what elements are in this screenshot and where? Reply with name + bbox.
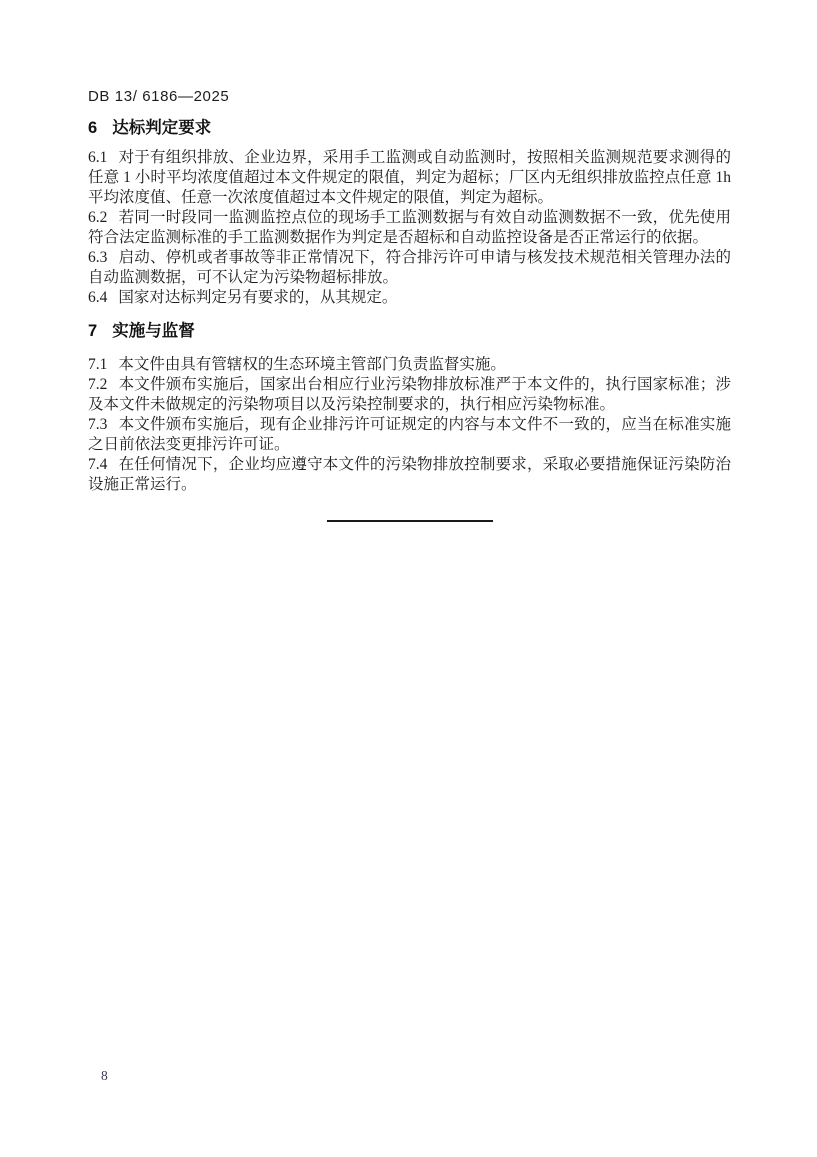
clause-7-1: 7.1本文件由具有管辖权的生态环境主管部门负责监督实施。: [88, 355, 731, 375]
document-code: DB 13/ 6186—2025: [88, 88, 731, 106]
clause-7-2: 7.2本文件颁布实施后，国家出台相应行业污染物排放标准严于本文件的，执行国家标准…: [88, 375, 731, 415]
clause-6-3-number: 6.3: [88, 249, 118, 266]
clause-6-4-number: 6.4: [88, 289, 118, 306]
clause-6-2: 6.2若同一时段同一监测监控点位的现场手工监测数据与有效自动监测数据不一致，优先…: [88, 208, 731, 248]
clause-6-3: 6.3启动、停机或者事故等非正常情况下，符合排污许可申请与核发技术规范相关管理办…: [88, 248, 731, 288]
clause-6-1-number: 6.1: [88, 149, 118, 166]
clause-7-4: 7.4在任何情况下，企业均应遵守本文件的污染物排放控制要求，采取必要措施保证污染…: [88, 455, 731, 495]
clause-7-3: 7.3本文件颁布实施后，现有企业排污许可证规定的内容与本文件不一致的，应当在标准…: [88, 415, 731, 455]
section-6-clauses: 6.1对于有组织排放、企业边界，采用手工监测或自动监测时，按照相关监测规范要求测…: [88, 148, 731, 308]
section-6-title: 达标判定要求: [112, 119, 211, 137]
clause-7-1-number: 7.1: [88, 356, 118, 373]
clause-6-1-text: 对于有组织排放、企业边界，采用手工监测或自动监测时，按照相关监测规范要求测得的任…: [88, 149, 731, 206]
section-7-heading: 7实施与监督: [88, 321, 731, 341]
clause-6-4: 6.4国家对达标判定另有要求的，从其规定。: [88, 288, 731, 308]
clause-7-2-text: 本文件颁布实施后，国家出台相应行业污染物排放标准严于本文件的，执行国家标准；涉及…: [88, 376, 731, 413]
clause-7-4-text: 在任何情况下，企业均应遵守本文件的污染物排放控制要求，采取必要措施保证污染防治设…: [88, 456, 731, 493]
page-number: 8: [101, 1068, 108, 1084]
section-7-title: 实施与监督: [112, 322, 195, 340]
clause-7-3-text: 本文件颁布实施后，现有企业排污许可证规定的内容与本文件不一致的，应当在标准实施之…: [88, 416, 731, 453]
section-7-clauses: 7.1本文件由具有管辖权的生态环境主管部门负责监督实施。 7.2本文件颁布实施后…: [88, 355, 731, 495]
clause-7-1-text: 本文件由具有管辖权的生态环境主管部门负责监督实施。: [118, 356, 506, 373]
clause-6-4-text: 国家对达标判定另有要求的，从其规定。: [118, 289, 397, 306]
end-of-text-divider: [327, 520, 493, 522]
document-page: DB 13/ 6186—2025 6达标判定要求 6.1对于有组织排放、企业边界…: [0, 0, 817, 1157]
clause-6-3-text: 启动、停机或者事故等非正常情况下，符合排污许可申请与核发技术规范相关管理办法的自…: [88, 249, 731, 286]
clause-7-3-number: 7.3: [88, 416, 118, 433]
clause-7-2-number: 7.2: [88, 376, 118, 393]
section-6-heading: 6达标判定要求: [88, 118, 731, 138]
clause-6-2-number: 6.2: [88, 209, 118, 226]
clause-6-2-text: 若同一时段同一监测监控点位的现场手工监测数据与有效自动监测数据不一致，优先使用符…: [88, 209, 731, 246]
page-content: DB 13/ 6186—2025 6达标判定要求 6.1对于有组织排放、企业边界…: [88, 0, 731, 522]
clause-6-1: 6.1对于有组织排放、企业边界，采用手工监测或自动监测时，按照相关监测规范要求测…: [88, 148, 731, 208]
section-7-number: 7: [88, 321, 97, 341]
section-6-number: 6: [88, 118, 97, 138]
clause-7-4-number: 7.4: [88, 456, 118, 473]
